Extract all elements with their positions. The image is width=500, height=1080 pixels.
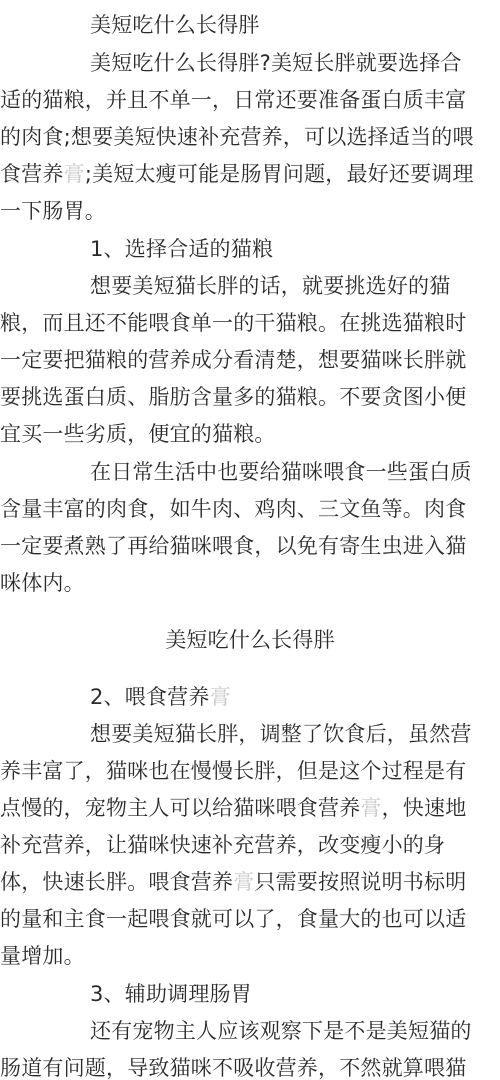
text-span: 含量丰富的肉食，如牛肉、鸡肉、三文鱼等。肉食 xyxy=(0,497,466,521)
text-span: 一定要煮熟了再给猫咪喂食，以免有寄生虫进入猫 xyxy=(0,534,466,558)
text-line: 宜买一些劣质，便宜的猫粮。 xyxy=(0,416,276,453)
text-span: 美短吃什么长得胖 xyxy=(90,13,260,37)
text-line: 食营养膏;美短太瘦可能是肠胃问题，最好还要调理 xyxy=(0,156,474,193)
text-span: 还有宠物主人应该观察下是不是美短猫的 xyxy=(90,1019,472,1043)
text-line: 美短吃什么长得胖 xyxy=(90,7,260,44)
text-line: 2、喂食营养膏 xyxy=(90,679,231,716)
text-span: 适的猫粮，并且不单一，日常还要准备蛋白质丰富 xyxy=(0,88,466,112)
faded-char: 膏 xyxy=(210,685,231,709)
text-span: 想要美短猫长胖，调整了饮食后，虽然营 xyxy=(90,722,472,746)
text-line: 体，快速长胖。喂食营养膏只需要按照说明书标明 xyxy=(0,864,466,901)
text-span: 1、选择合适的猫粮 xyxy=(90,237,273,261)
text-span: 量增加。 xyxy=(0,944,85,968)
text-line: 一定要把猫粮的营养成分看清楚，想要猫咪长胖就 xyxy=(0,342,466,379)
text-span: 一下肠胃。 xyxy=(0,199,106,223)
text-span: 3、辅助调理肠胃 xyxy=(90,982,252,1006)
text-span: 咪体内。 xyxy=(0,571,85,595)
text-span: 只需要按照说明书标明 xyxy=(254,870,466,894)
text-span: 一定要把猫粮的营养成分看清楚，想要猫咪长胖就 xyxy=(0,348,466,372)
text-line: 补充营养，让猫咪快速补充营养，改变瘦小的身 xyxy=(0,827,445,864)
text-line: 在日常生活中也要给猫咪喂食一些蛋白质 xyxy=(90,454,472,491)
text-line: 点慢的，宠物主人可以给猫咪喂食营养膏，快速地 xyxy=(0,790,466,827)
text-line: 的肉食;想要美短快速补充营养，可以选择适当的喂 xyxy=(0,119,474,156)
text-line: 的量和主食一起喂食就可以了，食量大的也可以适 xyxy=(0,901,466,938)
text-line: 适的猫粮，并且不单一，日常还要准备蛋白质丰富 xyxy=(0,82,466,119)
text-span: 在日常生活中也要给猫咪喂食一些蛋白质 xyxy=(90,460,472,484)
text-line: 咪体内。 xyxy=(0,565,85,602)
text-line: 含量丰富的肉食，如牛肉、鸡肉、三文鱼等。肉食 xyxy=(0,491,466,528)
faded-char: 膏 xyxy=(64,162,85,186)
text-span: 体，快速长胖。喂食营养 xyxy=(0,870,233,894)
text-line: 一下肠胃。 xyxy=(0,193,106,230)
text-span: 宜买一些劣质，便宜的猫粮。 xyxy=(0,422,276,446)
text-line: 美短吃什么长得胖?美短长胖就要选择合 xyxy=(90,45,462,82)
text-span: 肠道有问题，导致猫咪不吸收营养，不然就算喂猫 xyxy=(0,1056,466,1080)
text-line: 粮，而且还不能喂食单一的干猫粮。在挑选猫粮时 xyxy=(0,305,466,342)
text-span: 想要美短猫长胖的话，就要挑选好的猫 xyxy=(90,274,450,298)
text-line: 量增加。 xyxy=(0,938,85,975)
text-span: 粮，而且还不能喂食单一的干猫粮。在挑选猫粮时 xyxy=(0,311,466,335)
section-heading-centered: 美短吃什么长得胖 xyxy=(0,622,500,659)
text-line: 想要美短猫长胖的话，就要挑选好的猫 xyxy=(90,268,450,305)
text-line: 还有宠物主人应该观察下是不是美短猫的 xyxy=(90,1013,472,1050)
text-line: 肠道有问题，导致猫咪不吸收营养，不然就算喂猫 xyxy=(0,1050,466,1080)
text-span: 补充营养，让猫咪快速补充营养，改变瘦小的身 xyxy=(0,833,445,857)
text-line: 1、选择合适的猫粮 xyxy=(90,231,273,268)
text-span: 养丰富了，猫咪也在慢慢长胖，但是这个过程是有 xyxy=(0,759,466,783)
text-span: 的量和主食一起喂食就可以了，食量大的也可以适 xyxy=(0,907,466,931)
text-span: 要挑选蛋白质、脂肪含量多的猫粮。不要贪图小便 xyxy=(0,385,466,409)
faded-char: 膏 xyxy=(233,870,254,894)
text-line: 养丰富了，猫咪也在慢慢长胖，但是这个过程是有 xyxy=(0,753,466,790)
text-span: 美短吃什么长得胖?美短长胖就要选择合 xyxy=(90,51,462,75)
text-span: 美短吃什么长得胖 xyxy=(165,628,335,652)
text-span: ;美短太瘦可能是肠胃问题，最好还要调理 xyxy=(85,162,474,186)
text-span: ，快速地 xyxy=(382,796,467,820)
text-span: 食营养 xyxy=(0,162,64,186)
faded-char: 膏 xyxy=(360,796,381,820)
text-line: 一定要煮熟了再给猫咪喂食，以免有寄生虫进入猫 xyxy=(0,528,466,565)
text-line: 3、辅助调理肠胃 xyxy=(90,976,252,1013)
text-line: 想要美短猫长胖，调整了饮食后，虽然营 xyxy=(90,716,472,753)
text-span: 2、喂食营养 xyxy=(90,685,210,709)
text-span: 点慢的，宠物主人可以给猫咪喂食营养 xyxy=(0,796,360,820)
text-line: 要挑选蛋白质、脂肪含量多的猫粮。不要贪图小便 xyxy=(0,379,466,416)
text-span: 的肉食;想要美短快速补充营养，可以选择适当的喂 xyxy=(0,125,474,149)
